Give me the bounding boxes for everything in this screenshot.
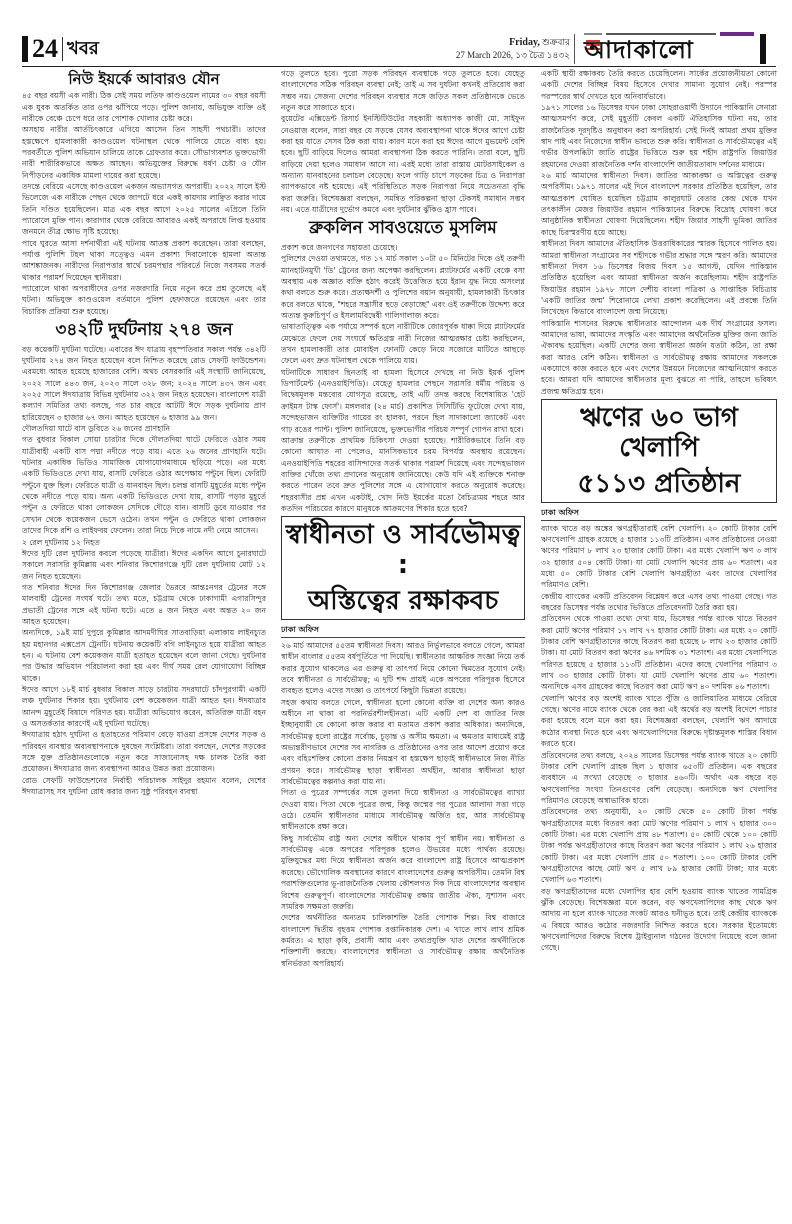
headline-default-loans-line1: ঋণের ৬০ ভাগ খেলাপি bbox=[542, 400, 776, 466]
logo-wordmark: আদাকালো bbox=[584, 37, 694, 63]
section-title: খবর bbox=[67, 37, 99, 61]
feature-headline-box: স্বাধীনতা ও সার্বভৌমত্ব : অস্তিত্বের রক্… bbox=[281, 516, 525, 620]
paragraph: পিতা ও পুত্রের সম্পর্কের সঙ্গে তুলনা দিয… bbox=[281, 787, 525, 832]
header-rule bbox=[22, 66, 776, 67]
paragraph: ঈদের আগে ১৮ই মার্চ বুধবার বিকাল সাড়ে চা… bbox=[22, 684, 266, 729]
column-1: নিউ ইয়র্কে আবারও যৌন ৪৫ বছর বয়সী এক না… bbox=[22, 68, 266, 1198]
paragraph: প্রতিবেদন থেকে পাওয়া তথ্যে দেখা যায়, ড… bbox=[541, 613, 777, 692]
subheading: ২ রেল দুর্ঘটনায় ১২ নিহত bbox=[22, 537, 266, 548]
paragraph: স্বাধীনতা দিবস আমাদের ঐতিহাসিক উত্তরাধিক… bbox=[541, 238, 777, 317]
paragraph: প্যারোলে থাকা অপরাধীদের ওপর নজরদারি নিয়… bbox=[22, 283, 266, 317]
paragraph: একটি স্থায়ী রক্ষাকবচ তৈরি করতে চেয়েছিল… bbox=[541, 68, 777, 102]
paragraph: ঘটনাটিকে সাধারণ ছিনতাই বা হামলা হিসেবে দ… bbox=[281, 367, 525, 435]
paragraph: অসহায় নারীর আর্তচিৎকারে এগিয়ে আসেন তিন… bbox=[22, 124, 266, 181]
paragraph: বুয়েটের এক্সিডেন্ট রিসার্চ ইনস্টিটিউটের… bbox=[281, 113, 525, 215]
paragraph: গত বুধবার বিকাল সোয়া চারটার দিকে দৌলতদি… bbox=[22, 434, 266, 536]
paragraph: প্রতিবেদনের তথ্য বলছে, ২০২৪ সালের ডিসেম্… bbox=[541, 750, 777, 807]
paragraph: ঈদযাত্রায় হঠাৎ দুর্ঘটনা ও হতাহতের পরিমা… bbox=[22, 729, 266, 774]
paragraph: তদন্তে বেরিয়ে এসেছে কাণ্ডওয়েল একজন অভ্… bbox=[22, 181, 266, 238]
paragraph: আক্রান্ত তরুণীকে প্রাথমিক চিকিৎসা দেওয়া… bbox=[281, 435, 525, 514]
paragraph: প্রকাশ করে জনগণের সহায়তা চেয়েছে। bbox=[281, 242, 525, 253]
headline-independence-line1: স্বাধীনতা ও সার্বভৌমত্ব : bbox=[282, 517, 524, 583]
paragraph: সহজ কথায় বলতে গেলে, স্বাধীনতা হলো কোনো … bbox=[281, 697, 525, 788]
paragraph: কেন্দ্রীয় ব্যাংকের একটি প্রতিবেদন বিশ্ল… bbox=[541, 591, 777, 614]
date-english: 27 March 2026, bbox=[456, 50, 513, 60]
paragraph: গত শনিবার ঈদের দিন কিশোরগঞ্জ জেলার ভৈরবে… bbox=[22, 582, 266, 627]
paragraph: ব্যাংক খাতে বড় অঙ্কের ঋণগ্রহীতারাই বেশি… bbox=[541, 523, 777, 591]
page-folio: 24 খবর bbox=[22, 34, 99, 64]
subheading: দৌলতদিয়া ঘাটে বাস ডুবিতে ২৬ জনের প্রাণহ… bbox=[22, 423, 266, 434]
headline-independence-line2: অস্তিত্বের রক্ষাকবচ bbox=[282, 583, 524, 619]
paragraph: ১৯৭১ সালের ১৬ ডিসেম্বর যখন ঢাকা সোহরাওয়… bbox=[541, 102, 777, 170]
folio-divider bbox=[62, 37, 63, 61]
paragraph: ঈদের দুটি রেল দুর্ঘটনার কবলে পড়েছে যাত্… bbox=[22, 548, 266, 582]
headline-accidents: ৩৪২টি দুর্ঘটনায় ২৭৪ জন bbox=[22, 317, 266, 344]
day-bangla: শুক্রবার bbox=[542, 37, 570, 47]
paragraph: কিছু সার্বভৌম রাষ্ট্র অন্য দেশের অধীনে থ… bbox=[281, 833, 525, 912]
paragraph: ৪৫ বছর বয়সী এক নারী। ঠিক সেই সময় লতিফ … bbox=[22, 90, 266, 124]
page-number: 24 bbox=[32, 36, 58, 62]
column-3: একটি স্থায়ী রক্ষাকবচ তৈরি করতে চেয়েছিল… bbox=[541, 68, 777, 1198]
folio-bar bbox=[22, 36, 28, 62]
headline-default-loans-line2: ৫১১৩ প্রতিষ্ঠান bbox=[542, 466, 776, 502]
paragraph: গড়ে তুলতে হবে। পুরো সড়ক পরিবহন ব্যবস্থ… bbox=[281, 68, 525, 113]
paragraph: প্রতিবেদনের তথ্য অনুযায়ী, ২০ কোটি থেকে … bbox=[541, 806, 777, 885]
masthead-end-bar bbox=[760, 34, 766, 64]
paragraph: ২৬ মার্চ আমাদের স্বাধীনতা দিবস। জাতির আক… bbox=[541, 170, 777, 238]
paragraph: বড় ঋণগ্রহীতাদের মধ্যে খেলাপির হার বেশি … bbox=[541, 886, 777, 954]
page-header: 24 খবর Friday, শুক্রবার 27 March 2026, ১… bbox=[0, 30, 792, 66]
feature-headline-box: ঋণের ৬০ ভাগ খেলাপি ৫১১৩ প্রতিষ্ঠান bbox=[541, 399, 777, 503]
paragraph: বড় কয়েকটি দুর্ঘটনা ঘটেছে। এবারের ঈদ যা… bbox=[22, 344, 266, 423]
byline: ঢাকা অফিস bbox=[541, 507, 777, 521]
paragraph: পাকিস্তানি শাসনের বিরুদ্ধে স্বাধীনতার আন… bbox=[541, 318, 777, 397]
paragraph: পুলিশের দেওয়া তথ্যমতে, গত ১৭ মার্চ সকাল… bbox=[281, 253, 525, 321]
day-english: Friday, bbox=[509, 37, 540, 48]
paragraph: অন্যদিকে, ১৯ই মার্চ দুপুরে কুমিল্লার আদম… bbox=[22, 627, 266, 684]
column-2: গড়ে তুলতে হবে। পুরো সড়ক পরিবহন ব্যবস্থ… bbox=[281, 68, 525, 1198]
paragraph: দেশের অর্থনীতির অন্যতম চালিকাশক্তি তৈরি … bbox=[281, 912, 525, 969]
dateline: Friday, শুক্রবার 27 March 2026, ১৩ চৈত্র… bbox=[456, 36, 570, 61]
paragraph: ভাষাতাত্ত্বিক এক পর্যায়ে সম্পর্ক হলে না… bbox=[281, 321, 525, 366]
logo-divider bbox=[574, 34, 575, 64]
byline: ঢাকা অফিস bbox=[281, 624, 525, 638]
headline-brooklyn: ব্রুকলিন সাবওয়েতে মুসলিম bbox=[281, 215, 525, 242]
paragraph: রোড সেফটি ফাউন্ডেশনের নির্বাহী পরিচালক স… bbox=[22, 775, 266, 798]
masthead-logo: আদাকালো bbox=[584, 32, 754, 64]
paragraph: পাবে ঘুরতে আসা দর্শনার্থীরা এই ঘটনায় আত… bbox=[22, 238, 266, 283]
date-bangla: ১৩ চৈত্র ১৪৩২ bbox=[515, 50, 570, 60]
paragraph: ২৬ মার্চ আমাদের ৫৫তম স্বাধীনতা দিবস। আরও… bbox=[281, 640, 525, 697]
headline-newyork: নিউ ইয়র্কে আবারও যৌন bbox=[22, 68, 266, 90]
paragraph: খেলাপি ঋণের বড় অংশই ব্যাংক খাতে পুঁজি ও… bbox=[541, 693, 777, 750]
